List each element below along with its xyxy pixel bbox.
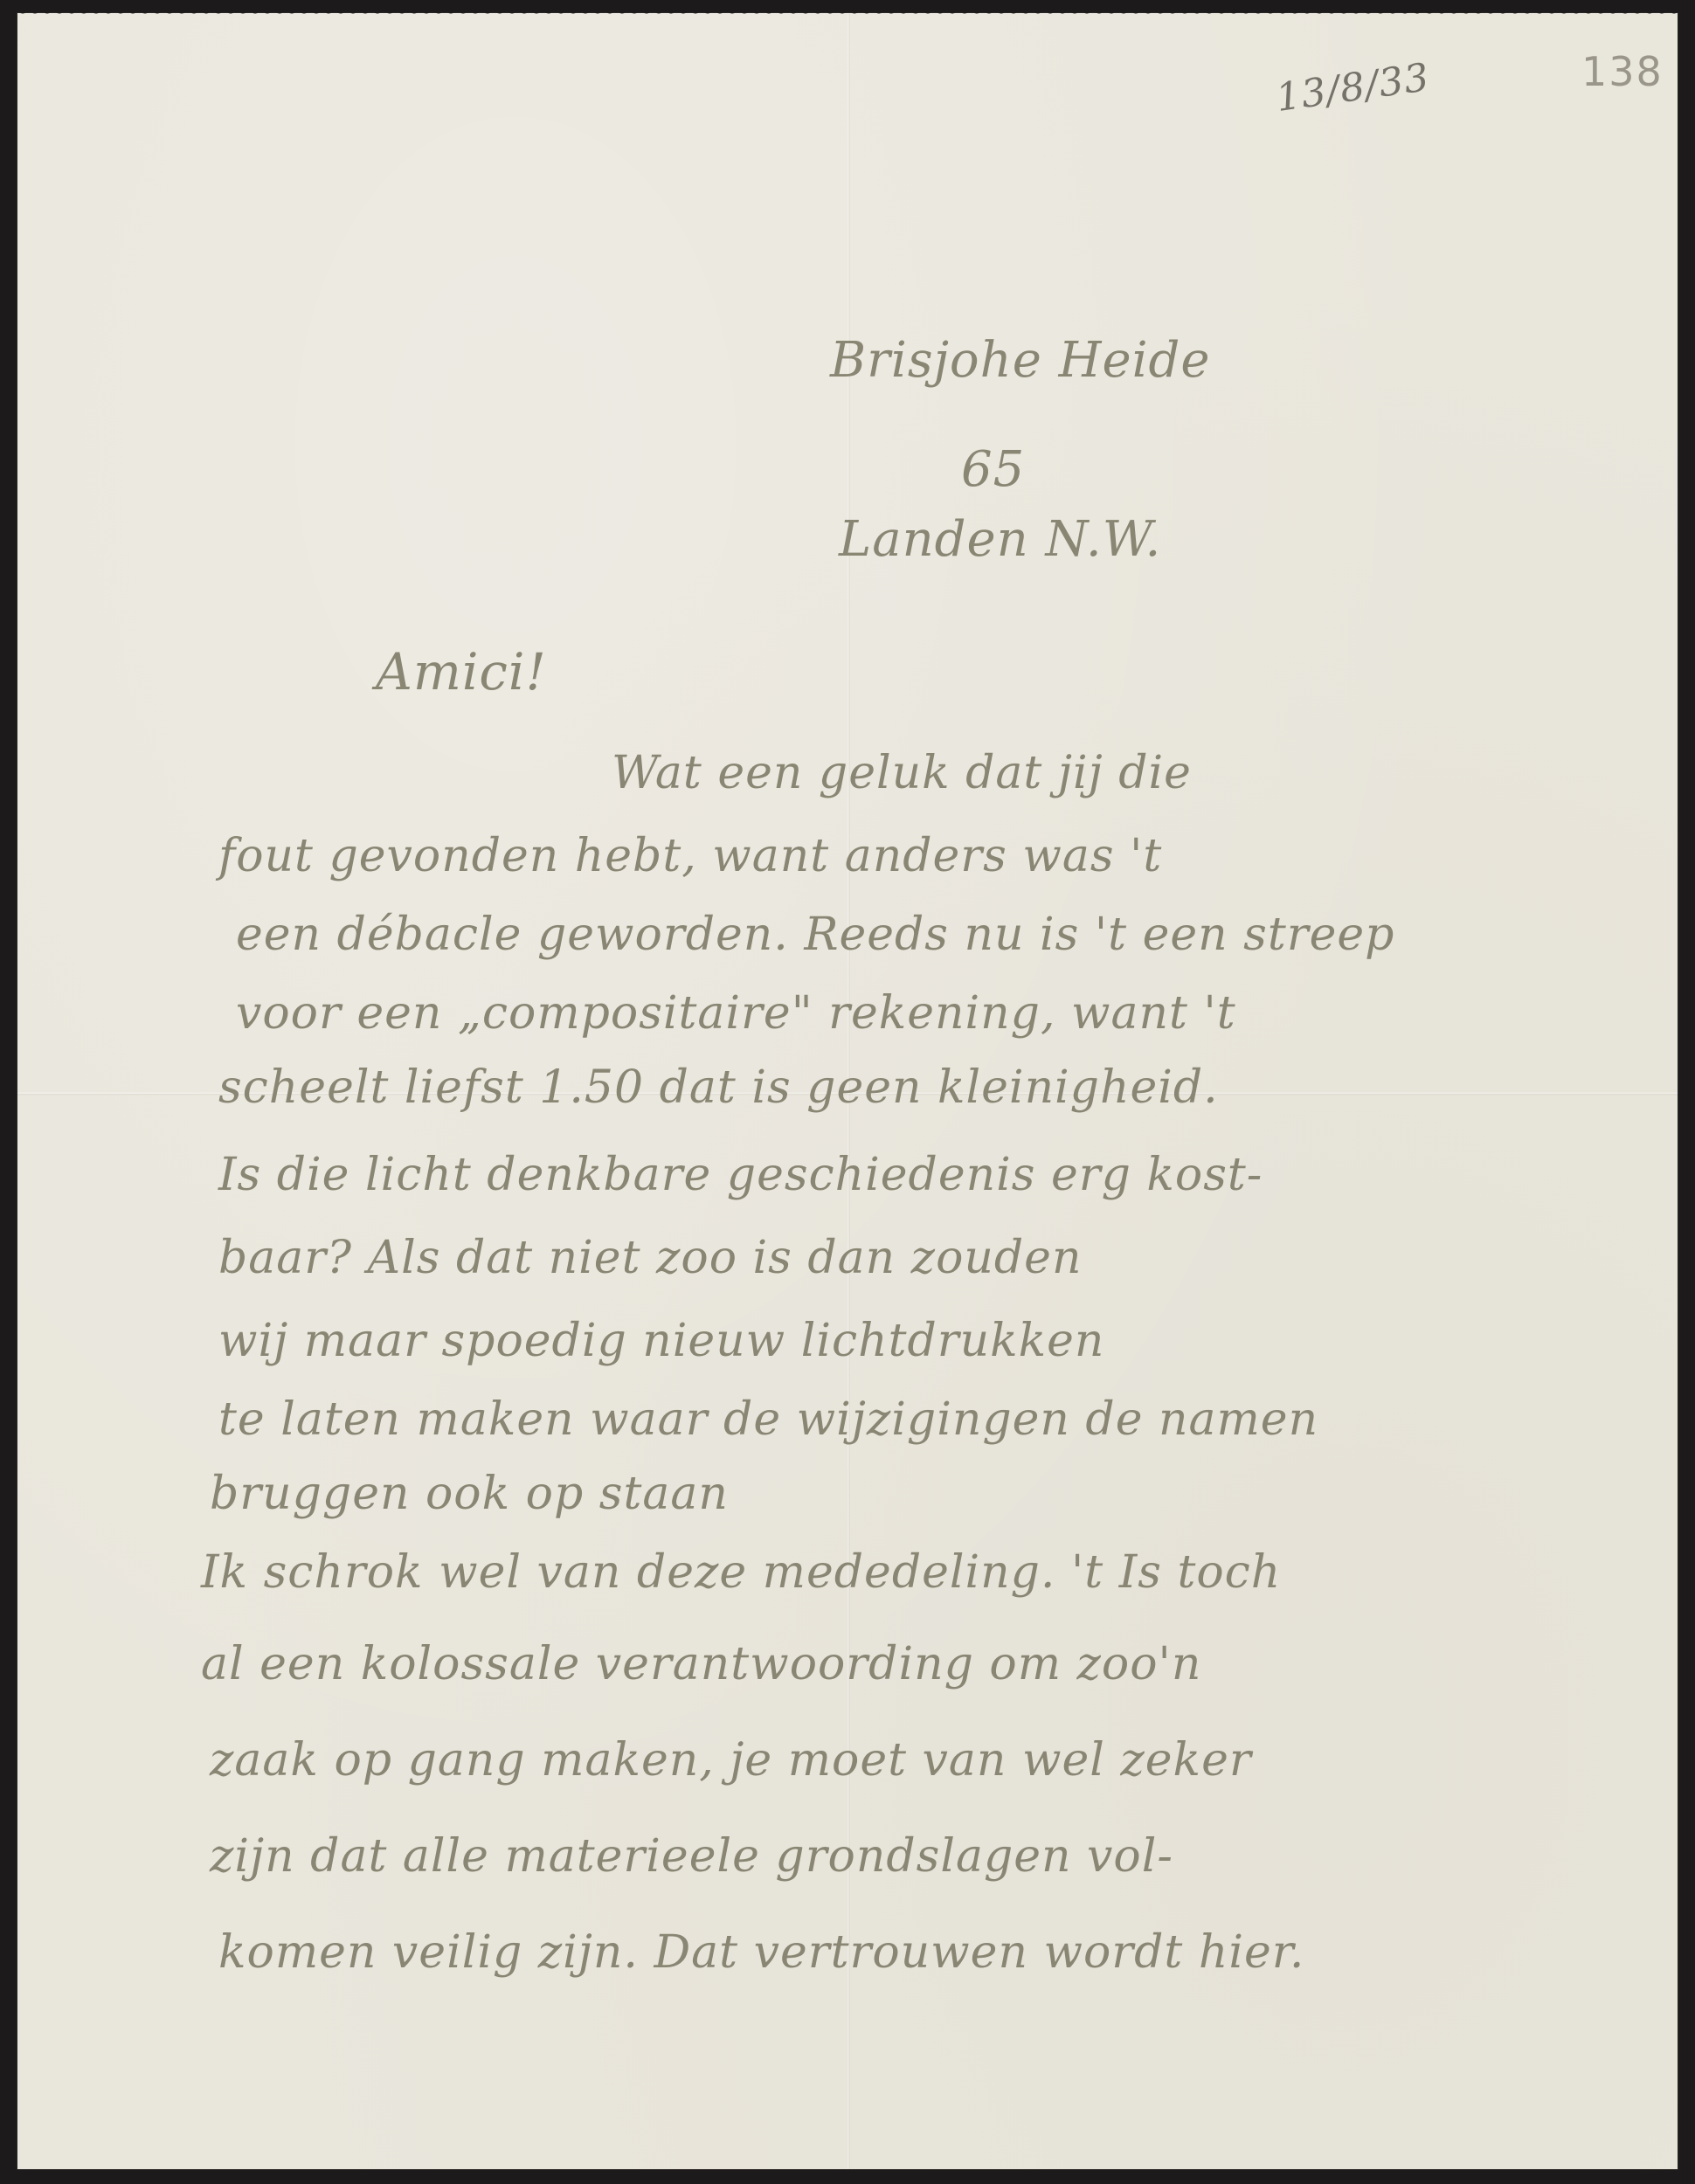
address-line-number: 65 [961,441,1025,498]
salutation: Amici! [376,642,547,702]
body-line: al een kolossale verantwoording om zoo'n [201,1638,1201,1690]
body-line: een débacle geworden. Reeds nu is 't een… [236,909,1394,961]
body-line: Is die licht denkbare geschiedenis erg k… [218,1149,1263,1201]
body-line: voor een „compositaire" rekening, want '… [236,987,1236,1040]
body-line: zaak op gang maken, je moet van wel zeke… [210,1734,1252,1787]
body-line: Wat een geluk dat jij die [612,747,1192,799]
body-line: scheelt liefst 1.50 dat is geen kleinigh… [218,1061,1219,1114]
body-line: te laten maken waar de wijzigingen de na… [218,1393,1318,1446]
body-line: bruggen ook op staan [210,1468,729,1520]
page-number: 138 [1581,48,1664,95]
letter-date: 13/8/33 [1273,55,1432,121]
address-line-street: Brisjohe Heide [830,332,1211,389]
body-line: baar? Als dat niet zoo is dan zouden [218,1232,1082,1284]
body-line: Ik schrok wel van deze mededeling. 't Is… [201,1546,1281,1599]
address-line-city: Landen N.W. [839,511,1161,568]
body-line: zijn dat alle materieele grondslagen vol… [210,1830,1173,1883]
body-line: wij maar spoedig nieuw lichtdrukken [218,1315,1104,1367]
body-line: komen veilig zijn. Dat vertrouwen wordt … [218,1926,1304,1979]
letter-page: 138 13/8/33 Brisjohe Heide 65 Landen N.W… [17,13,1678,2169]
body-line: fout gevonden hebt, want anders was 't [218,830,1162,882]
